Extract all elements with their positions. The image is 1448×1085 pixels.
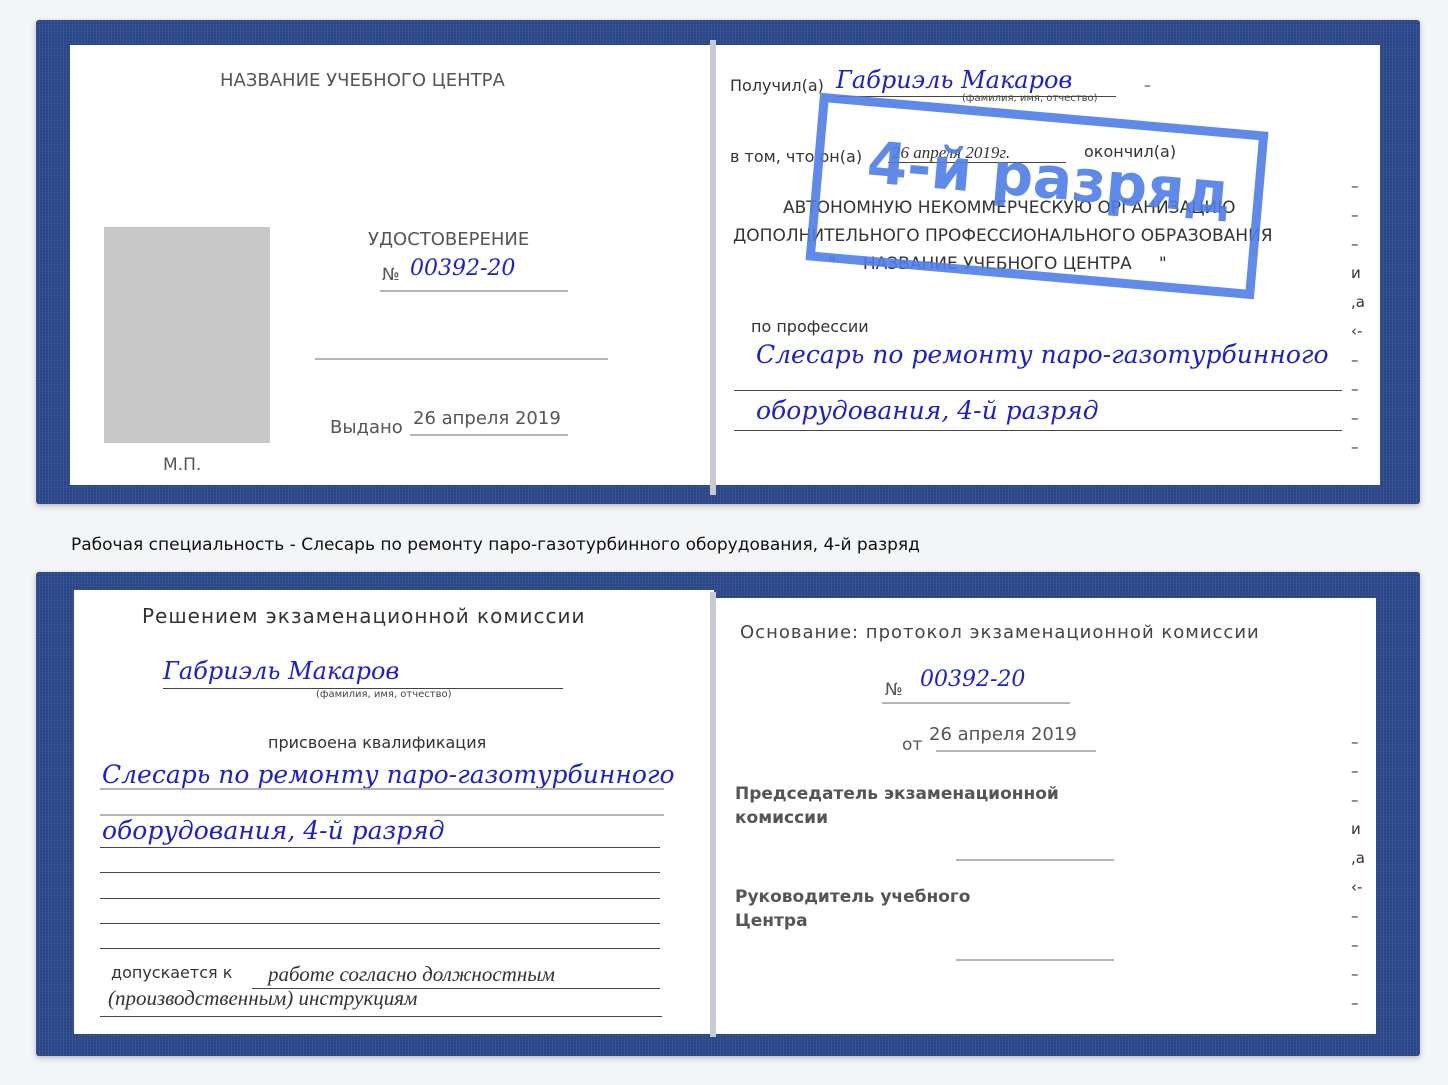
number-underline xyxy=(380,290,568,292)
bl-name-hint: (фамилия, имя, отчество) xyxy=(316,689,452,700)
head-label-1: Руководитель учебного xyxy=(735,887,970,907)
recipient-dash: – xyxy=(1144,78,1151,94)
org-name: НАЗВАНИЕ УЧЕБНОГО ЦЕНТРА xyxy=(220,70,505,91)
issued-date: 26 апреля 2019 xyxy=(413,408,561,429)
issued-underline xyxy=(410,434,568,436)
date-prefix: от xyxy=(902,735,922,755)
admitted-line-2: (производственным) инструкциям xyxy=(108,986,417,1011)
protocol-number: 00392-20 xyxy=(920,667,1025,692)
qualification-line-1: Слесарь по ремонту паро-газотурбинного xyxy=(102,760,675,789)
blank-line-5 xyxy=(100,948,660,949)
protocol-date: 26 апреля 2019 xyxy=(929,724,1077,745)
certificate-spine xyxy=(710,40,716,495)
blank-line-1 xyxy=(100,847,660,848)
grade-stamp-text: 4-й разряд xyxy=(864,128,1234,228)
profession-line-1: Слесарь по ремонту паро-газотурбинного xyxy=(756,340,1329,369)
decision-title: Решением экзаменационной комиссии xyxy=(142,604,585,628)
blank-line-2 xyxy=(100,872,660,873)
admitted-underline-2 xyxy=(100,1016,662,1017)
bl-recipient-name: Габриэль Макаров xyxy=(163,657,399,685)
stamp-place-label: М.П. xyxy=(163,455,201,475)
certificate-number: 00392-20 xyxy=(410,256,515,281)
name-hint: (фамилия, имя, отчество) xyxy=(962,93,1098,104)
protocol-date-underline xyxy=(936,750,1096,752)
certificate-spine-bottom xyxy=(710,592,716,1037)
blank-line-3 xyxy=(100,898,660,899)
admitted-line-1: работе согласно должностным xyxy=(268,962,555,987)
photo-placeholder xyxy=(104,227,270,443)
profession-line-2: оборудования, 4-й разряд xyxy=(756,396,1099,425)
issued-label: Выдано xyxy=(330,417,403,438)
chairman-signature-line xyxy=(956,859,1114,861)
qualification-line-2: оборудования, 4-й разряд xyxy=(102,816,445,845)
doc-title: УДОСТОВЕРЕНИЕ xyxy=(368,229,529,250)
chairman-label-1: Председатель экзаменационной xyxy=(735,784,1059,804)
qualification-label: присвоена квалификация xyxy=(268,733,486,752)
head-signature-line xyxy=(956,959,1114,961)
edge-chars-top: – – – и ,а ‹- – – – – xyxy=(1351,172,1367,462)
chairman-label-2: комиссии xyxy=(735,808,828,828)
profession-underline-2 xyxy=(734,430,1342,431)
blank-line-4 xyxy=(100,923,660,924)
number-prefix: № xyxy=(382,265,400,285)
signature-line xyxy=(315,358,608,360)
qualification-underline-1 xyxy=(100,788,664,790)
protocol-number-underline xyxy=(882,702,1070,704)
admitted-label: допускается к xyxy=(111,963,232,982)
head-label-2: Центра xyxy=(735,911,808,931)
br-number-prefix: № xyxy=(885,680,903,700)
basis-title: Основание: протокол экзаменационной коми… xyxy=(740,622,1260,643)
recipient-name: Габриэль Макаров xyxy=(836,66,1072,94)
specialty-caption: Рабочая специальность - Слесарь по ремон… xyxy=(71,535,920,555)
received-label: Получил(а) xyxy=(730,76,824,95)
profession-underline-1 xyxy=(734,390,1342,391)
profession-label: по профессии xyxy=(751,317,869,336)
edge-chars-bottom: – – – и ,а ‹- – – – – xyxy=(1351,728,1367,1018)
